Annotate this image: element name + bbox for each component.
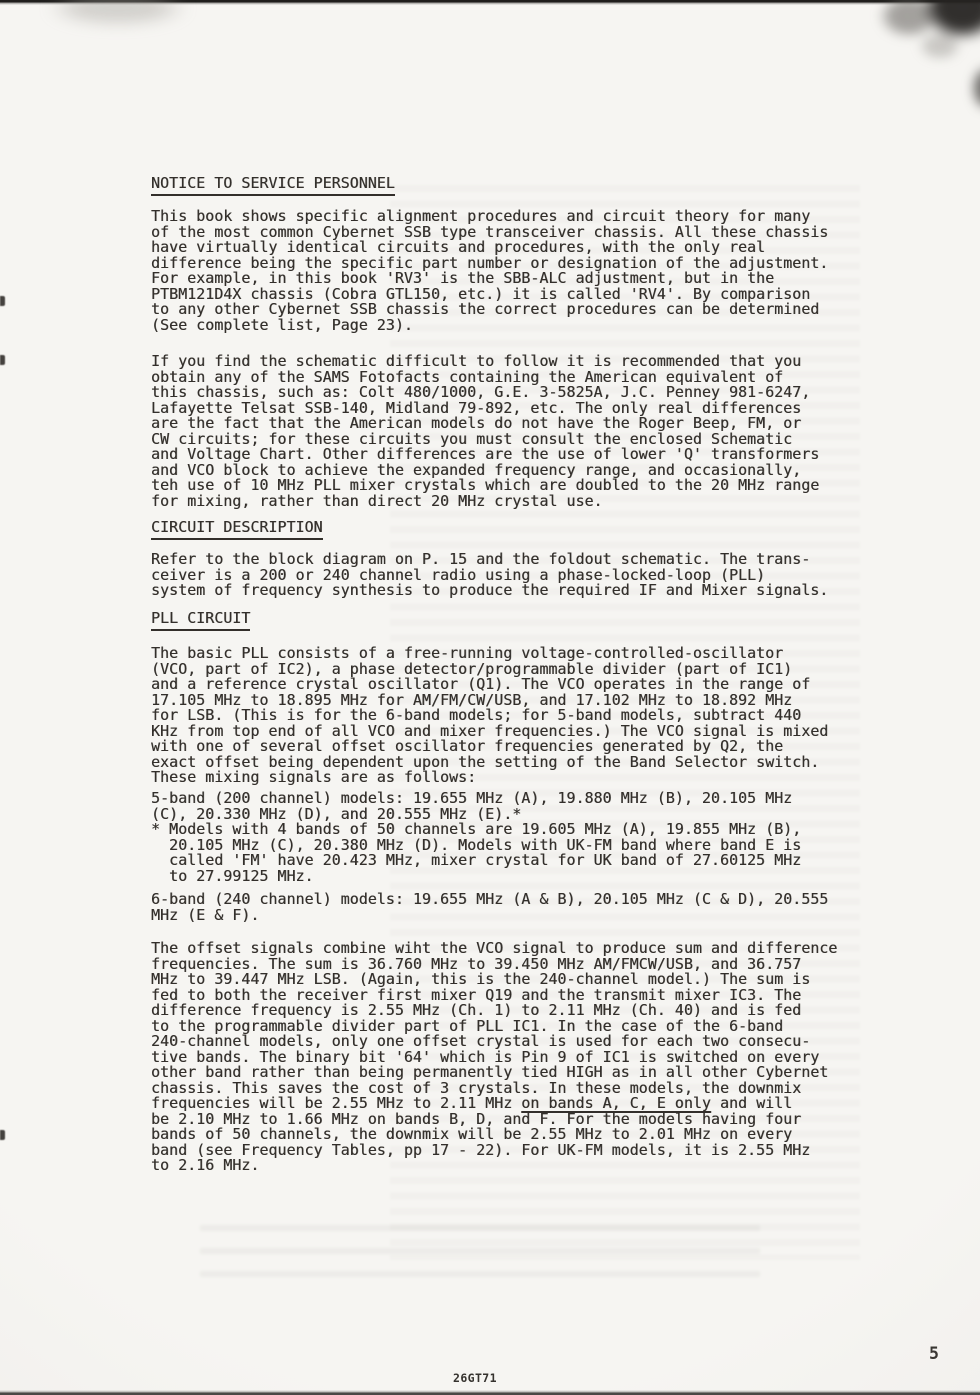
section-heading-pll-circuit: PLL CIRCUIT	[151, 611, 911, 631]
heading-text: CIRCUIT DESCRIPTION	[151, 520, 323, 540]
smudge-top-left	[18, 0, 218, 36]
paragraph-pll-basics: The basic PLL consists of a free-running…	[151, 646, 911, 786]
paragraph-notice-1: This book shows specific alignment proce…	[151, 209, 911, 333]
section-heading-notice: NOTICE TO SERVICE PERSONNEL	[151, 176, 911, 196]
chassis-code: 26GT71	[453, 1371, 497, 1385]
offset-text-before: The offset signals combine wiht the VCO …	[151, 939, 837, 1112]
binding-mark	[0, 355, 5, 365]
reverse-side-bleed-through	[200, 1225, 760, 1277]
binding-mark	[0, 1130, 5, 1140]
scanned-manual-page: NOTICE TO SERVICE PERSONNEL This book sh…	[0, 0, 980, 1395]
paragraph-notice-2: If you find the schematic difficult to f…	[151, 354, 911, 509]
paragraph-5-band-models: 5-band (200 channel) models: 19.655 MHz …	[151, 791, 911, 884]
paragraph-offset-signals: The offset signals combine wiht the VCO …	[151, 941, 911, 1174]
corner-shadow-top-right	[856, 0, 980, 136]
paragraph-circuit-description: Refer to the block diagram on P. 15 and …	[151, 552, 911, 599]
binding-mark	[0, 296, 5, 306]
scan-edge-bottom	[0, 1390, 980, 1395]
heading-text: PLL CIRCUIT	[151, 611, 250, 631]
paragraph-6-band-models: 6-band (240 channel) models: 19.655 MHz …	[151, 892, 911, 923]
page-number: 5	[929, 1344, 939, 1363]
heading-text: NOTICE TO SERVICE PERSONNEL	[151, 176, 395, 196]
section-heading-circuit-description: CIRCUIT DESCRIPTION	[151, 520, 911, 540]
